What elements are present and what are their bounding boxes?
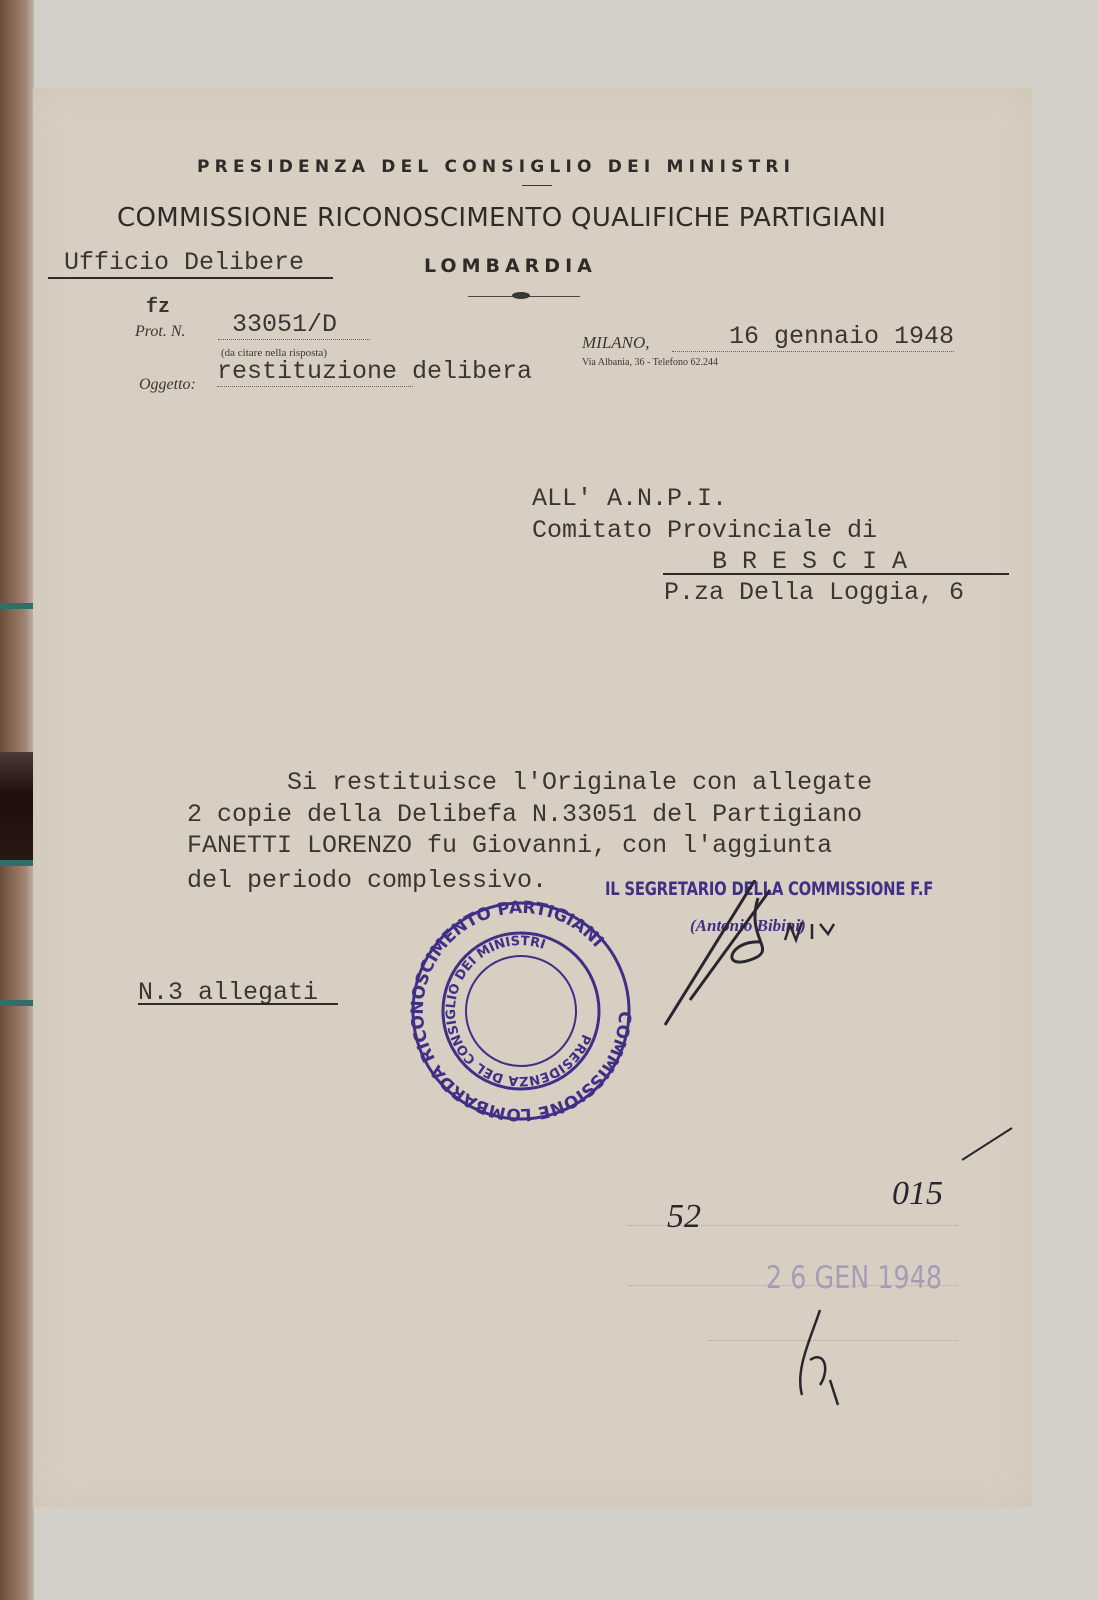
region-heading: LOMBARDIA bbox=[424, 255, 597, 277]
ornament-dot bbox=[512, 292, 530, 299]
city-label: MILANO, bbox=[582, 333, 650, 353]
ministry-heading: PRESIDENZA DEL CONSIGLIO DEI MINISTRI bbox=[197, 157, 795, 177]
receipt-date-stamp: 2 6 GEN 1948 bbox=[766, 1260, 942, 1296]
handwritten-signature bbox=[650, 880, 870, 1040]
initials-mark: fz bbox=[146, 296, 170, 319]
binder-band bbox=[0, 860, 34, 866]
prot-label: Prot. N. bbox=[135, 323, 186, 341]
letter-date: 16 gennaio 1948 bbox=[672, 322, 954, 352]
round-stamp: COMMISSIONE LOMBARDA RICONOSCIMENTO PART… bbox=[405, 898, 637, 1124]
subject-value: restituzione delibera bbox=[217, 357, 413, 387]
recipient-address: P.za Della Loggia, 6 bbox=[664, 578, 964, 607]
body-line: Si restituisce l'Originale con allegate bbox=[287, 768, 872, 797]
body-line: FANETTI LORENZO fu Giovanni, con l'aggiu… bbox=[187, 831, 832, 860]
attachments-underline bbox=[138, 1003, 338, 1005]
binder-band bbox=[0, 1000, 34, 1006]
office-label: Ufficio Delibere bbox=[64, 248, 304, 277]
handwritten-initials bbox=[790, 1300, 870, 1410]
binder-dark-section bbox=[0, 752, 34, 860]
recipient-line1: ALL' A.N.P.I. bbox=[532, 484, 727, 513]
body-line: 2 copie della Delibefa N.33051 del Parti… bbox=[187, 800, 862, 829]
handwritten-number-left: 52 bbox=[667, 1198, 701, 1236]
binder-band bbox=[0, 603, 34, 609]
binder-edge bbox=[0, 0, 34, 1600]
commission-heading: COMMISSIONE RICONOSCIMENTO QUALIFICHE PA… bbox=[117, 203, 886, 233]
subject-label: Oggetto: bbox=[139, 376, 196, 394]
recipient-line2: Comitato Provinciale di bbox=[532, 516, 877, 545]
prot-number: 33051/D bbox=[218, 310, 370, 340]
body-line: del periodo complessivo. bbox=[187, 866, 547, 895]
heading-divider bbox=[522, 185, 552, 186]
handwritten-stroke bbox=[890, 1120, 1020, 1200]
office-underline bbox=[48, 277, 333, 279]
office-address: Via Albania, 36 - Telefono 62.244 bbox=[582, 357, 718, 368]
recipient-underline bbox=[663, 573, 1009, 575]
recipient-city: B R E S C I A bbox=[712, 547, 907, 576]
